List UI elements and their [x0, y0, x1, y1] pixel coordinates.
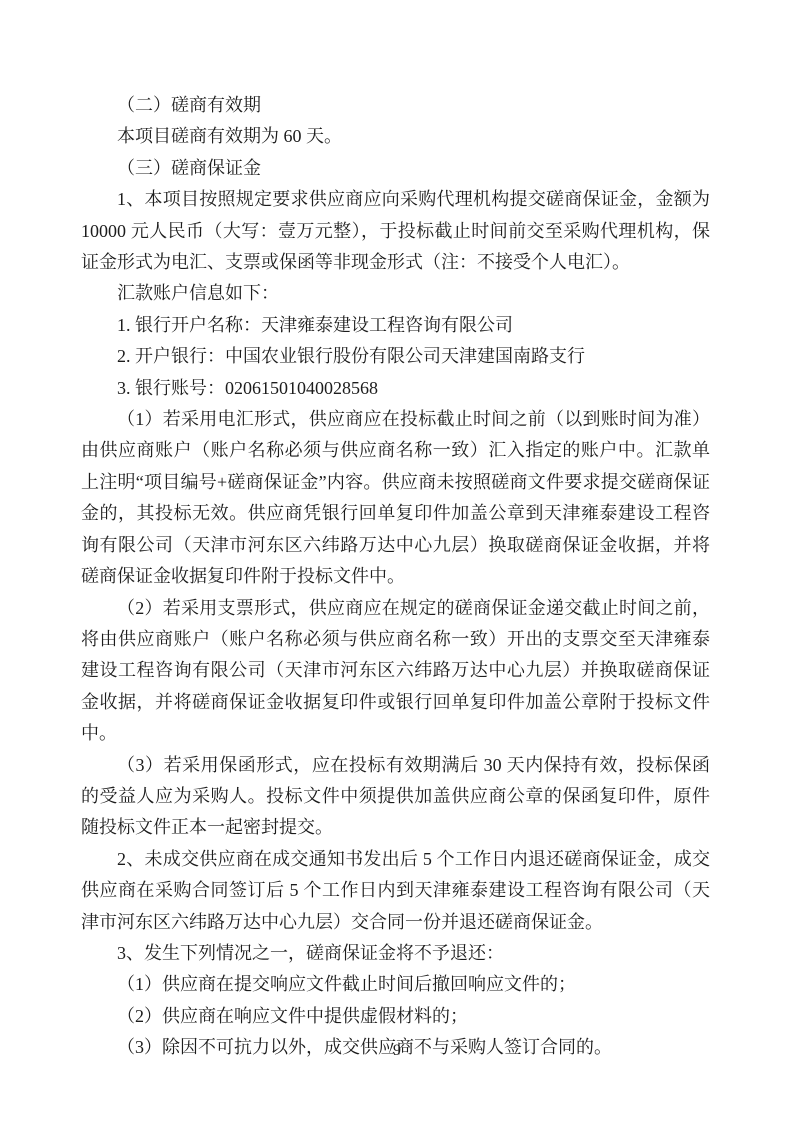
paragraph-forfeit-case-2: （2）供应商在响应文件中提供虚假材料的；	[81, 1001, 710, 1032]
paragraph-deposit-refund: 2、未成交供应商在成交通知书发出后 5 个工作日内退还磋商保证金，成交供应商在采…	[81, 844, 710, 938]
document-page: （二）磋商有效期 本项目磋商有效期为 60 天。 （三）磋商保证金 1、本项目按…	[0, 0, 794, 1122]
paragraph-bank-name: 2. 开户银行：中国农业银行股份有限公司天津建国南路支行	[81, 341, 710, 372]
paragraph-validity-period: 本项目磋商有效期为 60 天。	[81, 121, 710, 152]
paragraph-deposit-requirement: 1、本项目按照规定要求供应商应向采购代理机构提交磋商保证金，金额为 10000 …	[81, 184, 710, 278]
paragraph-bank-account-name: 1. 银行开户名称：天津雍泰建设工程咨询有限公司	[81, 310, 710, 341]
page-number: 9	[0, 1042, 794, 1060]
section-heading-consultation-validity: （二）磋商有效期	[81, 90, 710, 121]
section-heading-consultation-deposit: （三）磋商保证金	[81, 153, 710, 184]
paragraph-forfeit-case-1: （1）供应商在提交响应文件截止时间后撤回响应文件的；	[81, 969, 710, 1000]
paragraph-cheque-terms: （2）若采用支票形式，供应商应在规定的磋商保证金递交截止时间之前，将由供应商账户…	[81, 593, 710, 750]
paragraph-deposit-forfeit-intro: 3、发生下列情况之一，磋商保证金将不予退还：	[81, 938, 710, 969]
paragraph-bank-account-number: 3. 银行账号：02061501040028568	[81, 373, 710, 404]
paragraph-guarantee-letter-terms: （3）若采用保函形式，应在投标有效期满后 30 天内保持有效，投标保函的受益人应…	[81, 750, 710, 844]
paragraph-remittance-account-intro: 汇款账户信息如下：	[81, 278, 710, 309]
document-body: （二）磋商有效期 本项目磋商有效期为 60 天。 （三）磋商保证金 1、本项目按…	[81, 90, 710, 1064]
paragraph-wire-transfer-terms: （1）若采用电汇形式，供应商应在投标截止时间之前（以到账时间为准）由供应商账户（…	[81, 404, 710, 592]
